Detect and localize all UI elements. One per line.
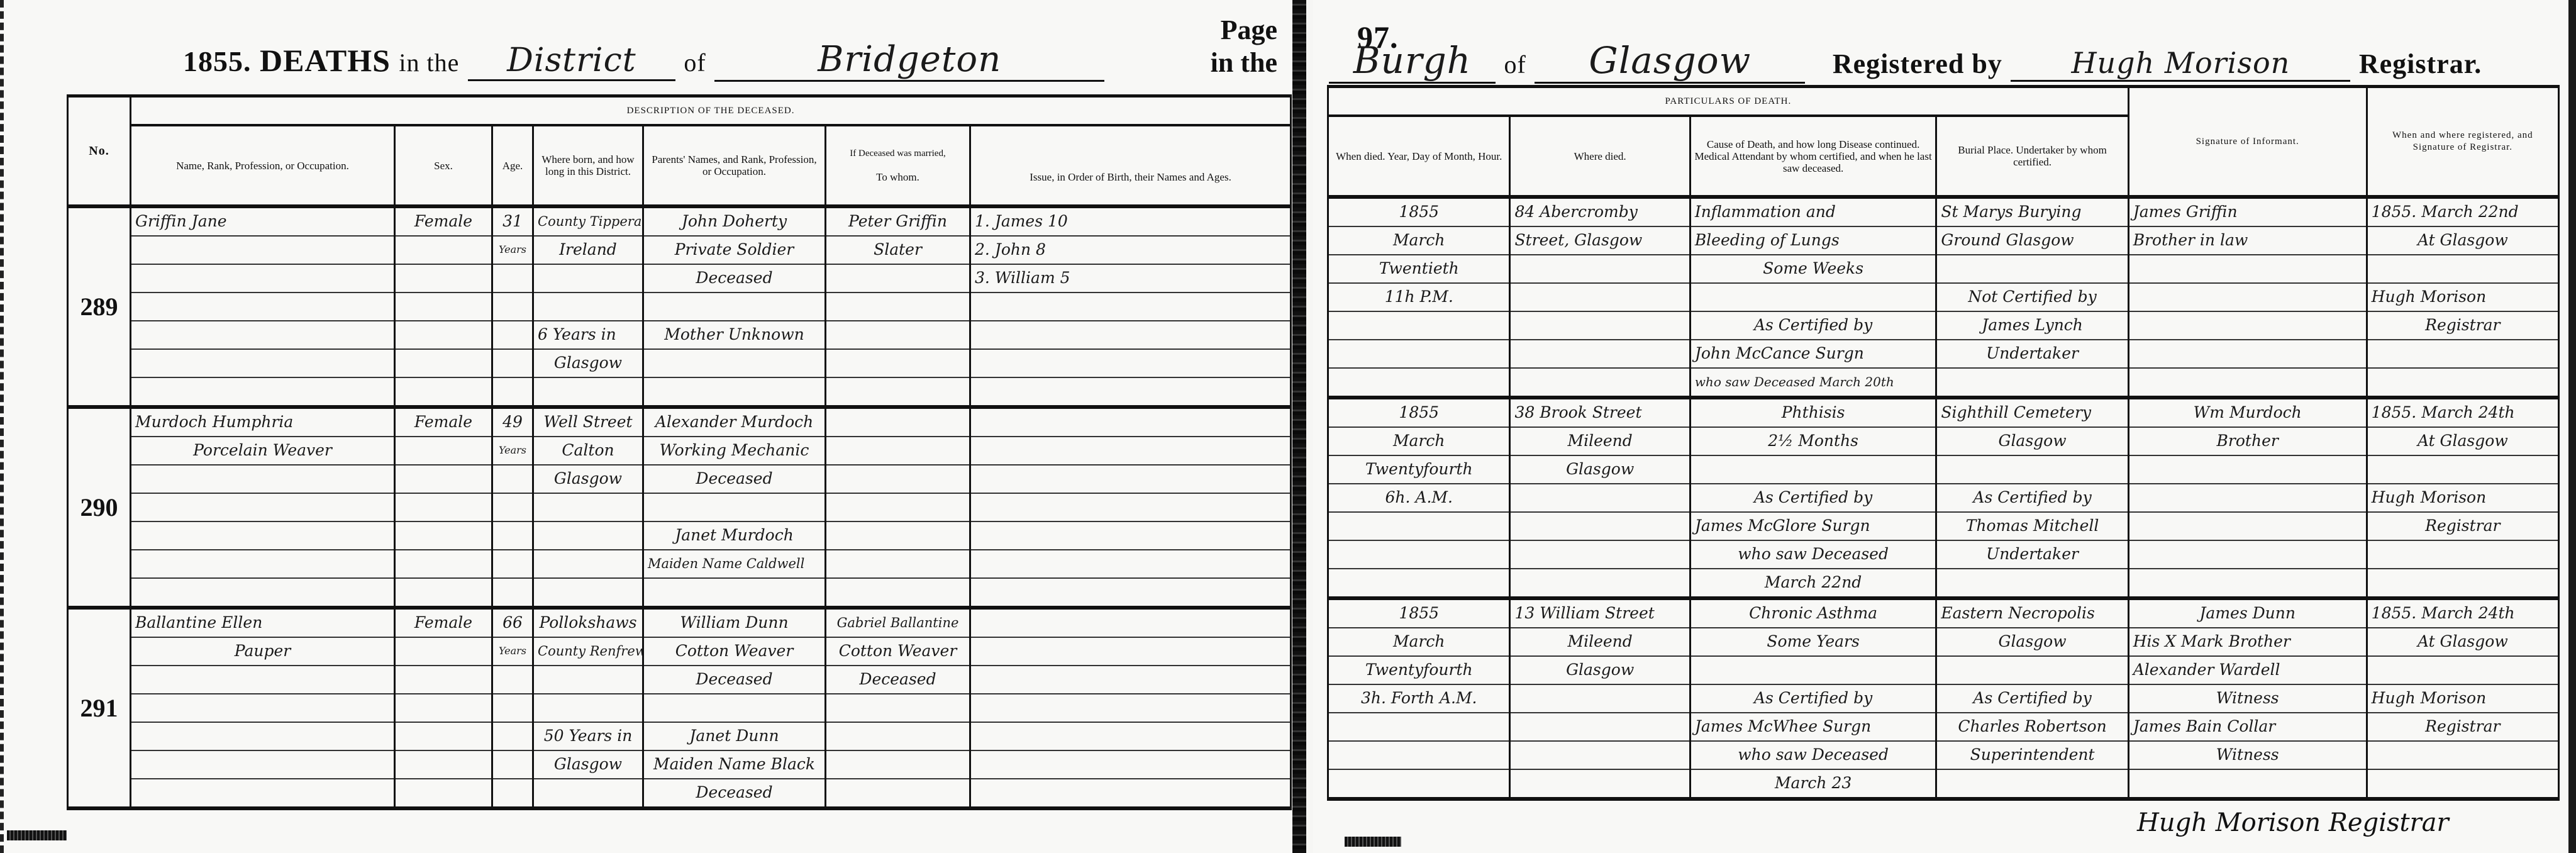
line: Brother [2129, 428, 2366, 456]
line: Maiden Name Caldwell [644, 550, 824, 579]
registered-by-label: Registered by [1833, 48, 2002, 79]
age-unit: Years [493, 437, 532, 466]
line: Hugh Morison [2368, 484, 2558, 513]
deceased-name: Griffin Jane [131, 208, 394, 237]
line: 1855 [1329, 199, 1509, 227]
line [493, 751, 532, 779]
age-cell: 49Years [493, 409, 532, 606]
line: Janet Murdoch [644, 522, 824, 550]
line: Glasgow [1511, 657, 1689, 685]
line [971, 579, 1290, 606]
line [131, 694, 394, 723]
line [131, 550, 394, 579]
col-header-when-died: When died. Year, Day of Month, Hour. [1328, 116, 1510, 197]
line: Eastern Necropolis [1937, 600, 2127, 628]
parents-cell: John DohertyPrivate SoldierDeceasedMothe… [644, 208, 824, 405]
burial-cell: Eastern NecropolisGlasgowAs Certified by… [1937, 600, 2127, 797]
line [2129, 340, 2366, 369]
line [493, 321, 532, 350]
line [2129, 541, 2366, 569]
line: 50 Years in [534, 723, 642, 751]
line [493, 265, 532, 293]
line [826, 265, 969, 293]
line: William Dunn [644, 610, 824, 638]
line: Thomas Mitchell [1937, 513, 2127, 541]
line [396, 437, 491, 466]
line: Hugh Morison [2368, 685, 2558, 713]
when-died-cell: 1855MarchTwentyfourth3h. Forth A.M. [1329, 600, 1509, 797]
line: Glasgow [534, 751, 642, 779]
registrar-name: Hugh Morison [2011, 46, 2350, 82]
line [493, 494, 532, 522]
line [493, 723, 532, 751]
spouse-cell: Gabriel BallantineCotton WeaverDeceased [826, 610, 969, 806]
line [1937, 770, 2127, 797]
line: March [1329, 428, 1509, 456]
line: County Tipperary [534, 208, 642, 237]
line: James Dunn [2129, 600, 2366, 628]
line [1329, 369, 1509, 396]
line: Deceased [826, 666, 969, 694]
line [396, 494, 491, 522]
line: Superintendent [1937, 742, 2127, 770]
line: County Renfrew [534, 638, 642, 666]
line [1511, 312, 1689, 340]
registered-cell: 1855. March 24thAt GlasgowHugh MorisonRe… [2368, 600, 2558, 797]
line: Sighthill Cemetery [1937, 399, 2127, 428]
page-label: Page in the [1202, 14, 1277, 79]
line [971, 723, 1290, 751]
line [1937, 369, 2127, 396]
line: Wm Murdoch [2129, 399, 2366, 428]
line [2129, 456, 2366, 484]
line: Hugh Morison [2368, 284, 2558, 312]
line: Phthisis [1691, 399, 1936, 428]
line: 2. John 8 [971, 237, 1290, 265]
line [396, 237, 491, 265]
entry-291-right: 1855MarchTwentyfourth3h. Forth A.M. 13 W… [1328, 598, 2559, 799]
line [396, 321, 491, 350]
line [826, 378, 969, 405]
line: Twentyfourth [1329, 456, 1509, 484]
line [534, 522, 642, 550]
line [1937, 657, 2127, 685]
informant-cell: Wm MurdochBrother [2129, 399, 2366, 596]
line: Ireland [534, 237, 642, 265]
line [493, 694, 532, 723]
cause-cell: Phthisis2½ MonthsAs Certified byJames Mc… [1691, 399, 1936, 596]
sex-cell: Female [396, 610, 491, 806]
line [1511, 742, 1689, 770]
col-header-age: Age. [492, 125, 533, 206]
line: Mother Unknown [644, 321, 824, 350]
line [826, 723, 969, 751]
age-value: 31 [493, 208, 532, 237]
line [826, 550, 969, 579]
line [2129, 770, 2366, 797]
occupation: Pauper [131, 638, 394, 666]
registered-cell: 1855. March 22ndAt GlasgowHugh MorisonRe… [2368, 199, 2558, 396]
entry-number: 290 [68, 407, 131, 608]
line [534, 579, 642, 606]
line [131, 779, 394, 806]
line: Deceased [644, 265, 824, 293]
line [396, 751, 491, 779]
line: Glasgow [534, 466, 642, 494]
line [396, 779, 491, 806]
line: As Certified by [1691, 484, 1936, 513]
where-born-cell: PollokshawsCounty Renfrew50 Years inGlas… [534, 610, 642, 806]
line [131, 265, 394, 293]
line: As Certified by [1691, 685, 1936, 713]
line: Chronic Asthma [1691, 600, 1936, 628]
line [971, 466, 1290, 494]
register-title: 1855. DEATHS in the District of Bridgeto… [183, 39, 1104, 82]
line [826, 321, 969, 350]
line [1511, 541, 1689, 569]
line: Slater [826, 237, 969, 265]
line: 3h. Forth A.M. [1329, 685, 1509, 713]
line: 1855. March 24th [2368, 600, 2558, 628]
line [1691, 456, 1936, 484]
line [2129, 513, 2366, 541]
line [971, 378, 1290, 405]
line [534, 494, 642, 522]
line: John McCance Surgn [1691, 340, 1936, 369]
age-unit: Years [493, 237, 532, 265]
col-header-registered: When and where registered, and Signature… [2367, 87, 2558, 198]
line: Twentieth [1329, 255, 1509, 284]
line: His X Mark Brother [2129, 628, 2366, 657]
line [1511, 569, 1689, 596]
line [971, 437, 1290, 466]
col-header-cause: Cause of Death, and how long Disease con… [1690, 116, 1936, 197]
line: Undertaker [1937, 541, 2127, 569]
to-whom-label: To whom. [829, 171, 967, 183]
line: Alexander Murdoch [644, 409, 824, 437]
line [396, 293, 491, 321]
sex-value: Female [396, 409, 491, 437]
line [534, 293, 642, 321]
col-header-sex: Sex. [395, 125, 492, 206]
line: Deceased [644, 666, 824, 694]
sex-cell: Female [396, 409, 491, 606]
archive-stamp [7, 830, 67, 840]
line: 1. James 10 [971, 208, 1290, 237]
line [826, 751, 969, 779]
col-header-parents: Parents' Names, and Rank, Profession, or… [643, 125, 826, 206]
line [2368, 770, 2558, 797]
line [1691, 657, 1936, 685]
line [131, 466, 394, 494]
register-type: DEATHS [260, 43, 391, 78]
line [2129, 569, 2366, 596]
line [644, 350, 824, 378]
parents-cell: William DunnCotton WeaverDeceasedJanet D… [644, 610, 824, 806]
line [1511, 484, 1689, 513]
burgh-of-label: of [1504, 50, 1526, 79]
line [1511, 770, 1689, 797]
line: Some Weeks [1691, 255, 1936, 284]
line [131, 723, 394, 751]
line [396, 638, 491, 666]
line [131, 522, 394, 550]
line [826, 522, 969, 550]
line [493, 779, 532, 806]
line [1511, 713, 1689, 742]
line [2368, 369, 2558, 396]
line: Mileend [1511, 628, 1689, 657]
col-header-informant: Signature of Informant. [2128, 87, 2367, 198]
line: At Glasgow [2368, 227, 2558, 255]
line: Not Certified by [1937, 284, 2127, 312]
line: Alexander Wardell [2129, 657, 2366, 685]
line [2368, 456, 2558, 484]
line [396, 550, 491, 579]
informant-cell: James DunnHis X Mark BrotherAlexander Wa… [2129, 600, 2366, 797]
entry-290-right: 1855MarchTwentyfourth6h. A.M. 38 Brook S… [1328, 398, 2559, 598]
line [2368, 742, 2558, 770]
entry-289-right: 1855MarchTwentieth11h P.M. 84 Abercromby… [1328, 197, 2559, 398]
line [971, 610, 1290, 638]
line: At Glasgow [2368, 628, 2558, 657]
line [971, 321, 1290, 350]
line: At Glasgow [2368, 428, 2558, 456]
line [2368, 541, 2558, 569]
line [971, 779, 1290, 806]
line [2129, 369, 2366, 396]
entry-289-left: 289 Griffin Jane Female 31Years County T… [68, 206, 1291, 407]
line [1329, 742, 1509, 770]
line: Some Years [1691, 628, 1936, 657]
line: 1855. March 22nd [2368, 199, 2558, 227]
district-label-handwritten: District [468, 42, 675, 81]
of-label: of [684, 48, 706, 77]
line [2129, 284, 2366, 312]
age-value: 66 [493, 610, 532, 638]
col-header-burial: Burial Place. Undertaker by whom certifi… [1936, 116, 2128, 197]
line: Maiden Name Black [644, 751, 824, 779]
line [644, 579, 824, 606]
line [1511, 284, 1689, 312]
age-cell: 66Years [493, 610, 532, 806]
burial-cell: Sighthill CemeteryGlasgowAs Certified by… [1937, 399, 2127, 596]
line: 38 Brook Street [1511, 399, 1689, 428]
where-died-cell: 13 William StreetMileendGlasgow [1511, 600, 1689, 797]
col-header-where-died: Where died. [1510, 116, 1690, 197]
line [1937, 456, 2127, 484]
informant-cell: James GriffinBrother in law [2129, 199, 2366, 396]
line [2368, 340, 2558, 369]
registrar-label: Registrar. [2359, 48, 2482, 79]
line: 2½ Months [1691, 428, 1936, 456]
register-year: 1855. [183, 45, 252, 77]
line [826, 350, 969, 378]
line: Ground Glasgow [1937, 227, 2127, 255]
cause-cell: Inflammation andBleeding of LungsSome We… [1691, 199, 1936, 396]
line [131, 321, 394, 350]
line: March 22nd [1691, 569, 1936, 596]
line [971, 350, 1290, 378]
line [2368, 657, 2558, 685]
line [396, 265, 491, 293]
burgh-name: Glasgow [1535, 39, 1805, 84]
line: March [1329, 628, 1509, 657]
entry-number: 291 [68, 608, 131, 808]
line: James Bain Collar [2129, 713, 2366, 742]
line [826, 437, 969, 466]
line: Calton [534, 437, 642, 466]
line [1329, 340, 1509, 369]
spouse-cell [826, 409, 969, 606]
line [644, 494, 824, 522]
burial-cell: St Marys BuryingGround GlasgowNot Certif… [1937, 199, 2127, 396]
col-header-to-whom: If Deceased was married, To whom. [826, 125, 970, 206]
registrar-footer-signature: Hugh Morison Registrar [2137, 808, 2449, 837]
when-died-cell: 1855MarchTwentieth11h P.M. [1329, 199, 1509, 396]
line: Peter Griffin [826, 208, 969, 237]
if-married-label: If Deceased was married, [829, 148, 967, 160]
line [971, 522, 1290, 550]
line: Witness [2129, 742, 2366, 770]
line: Deceased [644, 466, 824, 494]
line [971, 638, 1290, 666]
line [534, 779, 642, 806]
line [971, 694, 1290, 723]
line [1511, 685, 1689, 713]
right-page: 97. Burgh of Glasgow Registered by Hugh … [1313, 0, 2576, 853]
age-unit: Years [493, 638, 532, 666]
sex-value: Female [396, 208, 491, 237]
line: Private Soldier [644, 237, 824, 265]
line: St Marys Burying [1937, 199, 2127, 227]
where-born-cell: County TipperaryIreland6 Years inGlasgow [534, 208, 642, 405]
registered-cell: 1855. March 24thAt GlasgowHugh MorisonRe… [2368, 399, 2558, 596]
line [396, 466, 491, 494]
line: 6h. A.M. [1329, 484, 1509, 513]
line: Mileend [1511, 428, 1689, 456]
entry-291-left: 291 Ballantine EllenPauper Female 66Year… [68, 608, 1291, 808]
line: Registrar [2368, 713, 2558, 742]
line [534, 378, 642, 405]
line [396, 723, 491, 751]
line: Registrar [2368, 312, 2558, 340]
page-in-the: in the [1202, 47, 1277, 79]
line [493, 378, 532, 405]
age-value: 49 [493, 409, 532, 437]
line: Undertaker [1937, 340, 2127, 369]
line: Charles Robertson [1937, 713, 2127, 742]
line [534, 694, 642, 723]
line [1511, 255, 1689, 284]
left-page: 1855. DEATHS in the District of Bridgeto… [0, 0, 1292, 853]
line: Glasgow [1511, 456, 1689, 484]
line [2368, 255, 2558, 284]
line [493, 522, 532, 550]
line: Glasgow [534, 350, 642, 378]
line: Twentyfourth [1329, 657, 1509, 685]
line [1937, 569, 2127, 596]
deceased-name: Ballantine Ellen [131, 610, 394, 638]
line: who saw Deceased [1691, 541, 1936, 569]
line [971, 293, 1290, 321]
line: Witness [2129, 685, 2366, 713]
line: James Lynch [1937, 312, 2127, 340]
line [1937, 255, 2127, 284]
line [971, 409, 1290, 437]
in-the-label: in the [399, 48, 459, 77]
burgh-label-handwritten: Burgh [1329, 39, 1496, 84]
line [1511, 513, 1689, 541]
line [396, 579, 491, 606]
line [131, 293, 394, 321]
line [493, 550, 532, 579]
line: Brother in law [2129, 227, 2366, 255]
line: Cotton Weaver [826, 638, 969, 666]
right-register-table: PARTICULARS OF DEATH. Signature of Infor… [1327, 85, 2560, 801]
col-header-issue: Issue, in Order of Birth, their Names an… [970, 125, 1291, 206]
line [493, 466, 532, 494]
line: March [1329, 227, 1509, 255]
page-word: Page [1202, 14, 1277, 47]
line: James Griffin [2129, 199, 2366, 227]
deceased-name: Murdoch Humphria [131, 409, 394, 437]
line: Street, Glasgow [1511, 227, 1689, 255]
line: Bleeding of Lungs [1691, 227, 1936, 255]
where-died-cell: 84 AbercrombyStreet, Glasgow [1511, 199, 1689, 396]
line [2129, 255, 2366, 284]
line [644, 378, 824, 405]
line [493, 666, 532, 694]
line [2368, 569, 2558, 596]
line: Glasgow [1937, 628, 2127, 657]
line [644, 694, 824, 723]
description-header: DESCRIPTION OF THE DECEASED. [131, 96, 1291, 126]
left-register-table: No. DESCRIPTION OF THE DECEASED. Name, R… [67, 94, 1292, 810]
line: 84 Abercromby [1511, 199, 1689, 227]
deceased-name-cell: Murdoch HumphriaPorcelain Weaver [131, 409, 394, 606]
line [826, 579, 969, 606]
line: Gabriel Ballantine [826, 610, 969, 638]
col-header-no: No. [68, 96, 131, 207]
sex-cell: Female [396, 208, 491, 405]
line [396, 378, 491, 405]
spouse-cell: Peter GriffinSlater [826, 208, 969, 405]
line [131, 494, 394, 522]
issue-cell [971, 409, 1290, 606]
line [971, 550, 1290, 579]
line [971, 494, 1290, 522]
line [1691, 284, 1936, 312]
line: 3. William 5 [971, 265, 1290, 293]
line [131, 350, 394, 378]
line [493, 293, 532, 321]
occupation [131, 237, 394, 265]
right-page-edge [2568, 0, 2576, 853]
line: Deceased [644, 779, 824, 806]
line [131, 751, 394, 779]
line [826, 494, 969, 522]
line: 1855 [1329, 600, 1509, 628]
line [534, 265, 642, 293]
age-cell: 31Years [493, 208, 532, 405]
line [644, 293, 824, 321]
where-born-cell: Well StreetCaltonGlasgow [534, 409, 642, 606]
line [971, 666, 1290, 694]
line: As Certified by [1937, 484, 2127, 513]
line: James McGlore Surgn [1691, 513, 1936, 541]
line: who saw Deceased [1691, 742, 1936, 770]
